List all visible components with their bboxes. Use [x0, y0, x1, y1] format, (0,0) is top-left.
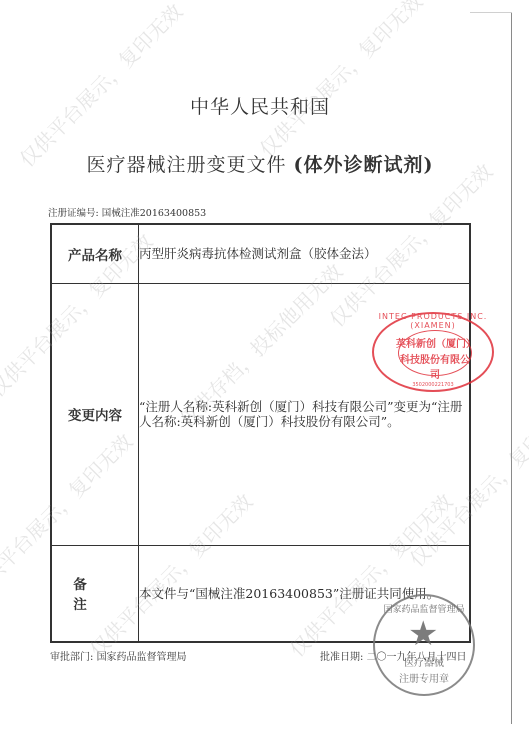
change-details-table: 产品名称 丙型肝炎病毒抗体检测试剂盒（胶体金法） 变更内容 “注册人名称:英科新…: [50, 223, 471, 643]
company-seal-line2: 科技股份有限公司: [396, 351, 474, 381]
table-row-product-name: 产品名称 丙型肝炎病毒抗体检测试剂盒（胶体金法）: [51, 224, 470, 283]
approval-department-value: 国家药品监督管理局: [97, 652, 187, 663]
document-title: 医疗器械注册变更文件 (体外诊断试剂): [0, 150, 520, 177]
document-title-country: 中华人民共和国: [0, 92, 520, 119]
company-seal-arc-text: INTEC PRODUCTS,INC.(XIAMEN): [374, 312, 492, 330]
watermark: 仅供平台展示，复印无效: [12, 0, 188, 173]
company-seal: INTEC PRODUCTS,INC.(XIAMEN) 英科新创（厦门） 科技股…: [372, 312, 494, 392]
document-title-main: 医疗器械注册变更文件: [86, 154, 286, 176]
watermark: 仅供平台展示，复印无效: [252, 0, 428, 163]
company-seal-number: 3502000221703: [374, 382, 492, 388]
row-label-change-content: 变更内容: [51, 283, 139, 545]
row-label-remarks: 备注: [51, 545, 139, 642]
star-icon: ★: [408, 614, 438, 654]
approval-department-label: 审批部门:: [50, 652, 93, 663]
page-border-top: [470, 12, 512, 13]
authority-seal-line1: 医疗器械: [375, 654, 473, 669]
approval-date-label: 批准日期:: [320, 652, 363, 663]
row-value-product-name: 丙型肝炎病毒抗体检测试剂盒（胶体金法）: [139, 224, 471, 283]
authority-seal: 国家药品监督管理局 ★ 医疗器械 注册专用章: [373, 594, 475, 696]
authority-seal-line2: 注册专用章: [375, 670, 473, 685]
registration-number-value: 国械注准20163400853: [102, 208, 207, 219]
registration-number: 注册证编号: 国械注准20163400853: [48, 205, 206, 219]
row-label-product-name: 产品名称: [51, 224, 139, 283]
document-title-subtitle: (体外诊断试剂): [294, 154, 434, 176]
registration-number-label: 注册证编号:: [48, 208, 99, 219]
company-seal-line1: 英科新创（厦门）: [396, 335, 474, 350]
approval-department: 审批部门: 国家药品监督管理局: [50, 648, 187, 663]
